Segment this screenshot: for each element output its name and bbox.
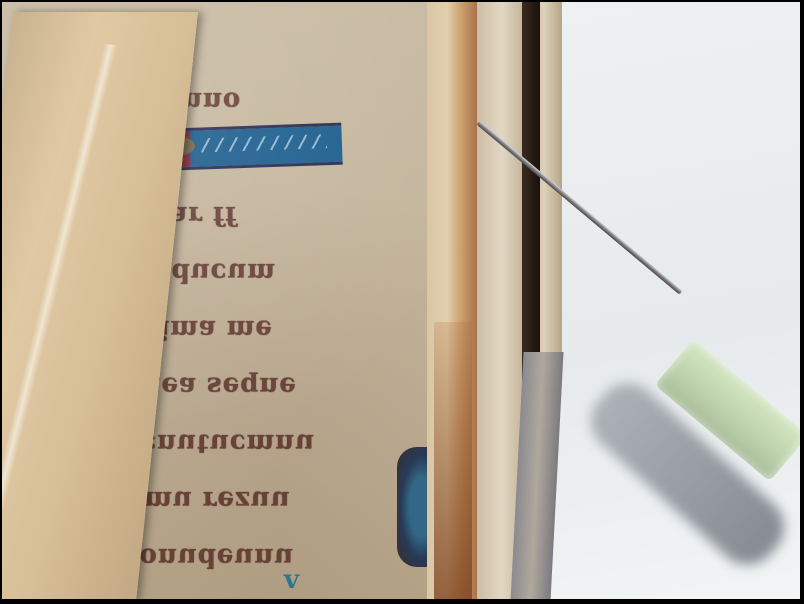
photo-frame: alpnu rmno regaudar ff unnnu ducum uct a… [0,0,804,604]
flap-highlight [2,44,118,561]
manuscript-photograph: alpnu rmno regaudar ff unnnu ducum uct a… [2,2,800,599]
adhesive-stain [434,322,472,599]
blue-initial: v [284,565,299,595]
